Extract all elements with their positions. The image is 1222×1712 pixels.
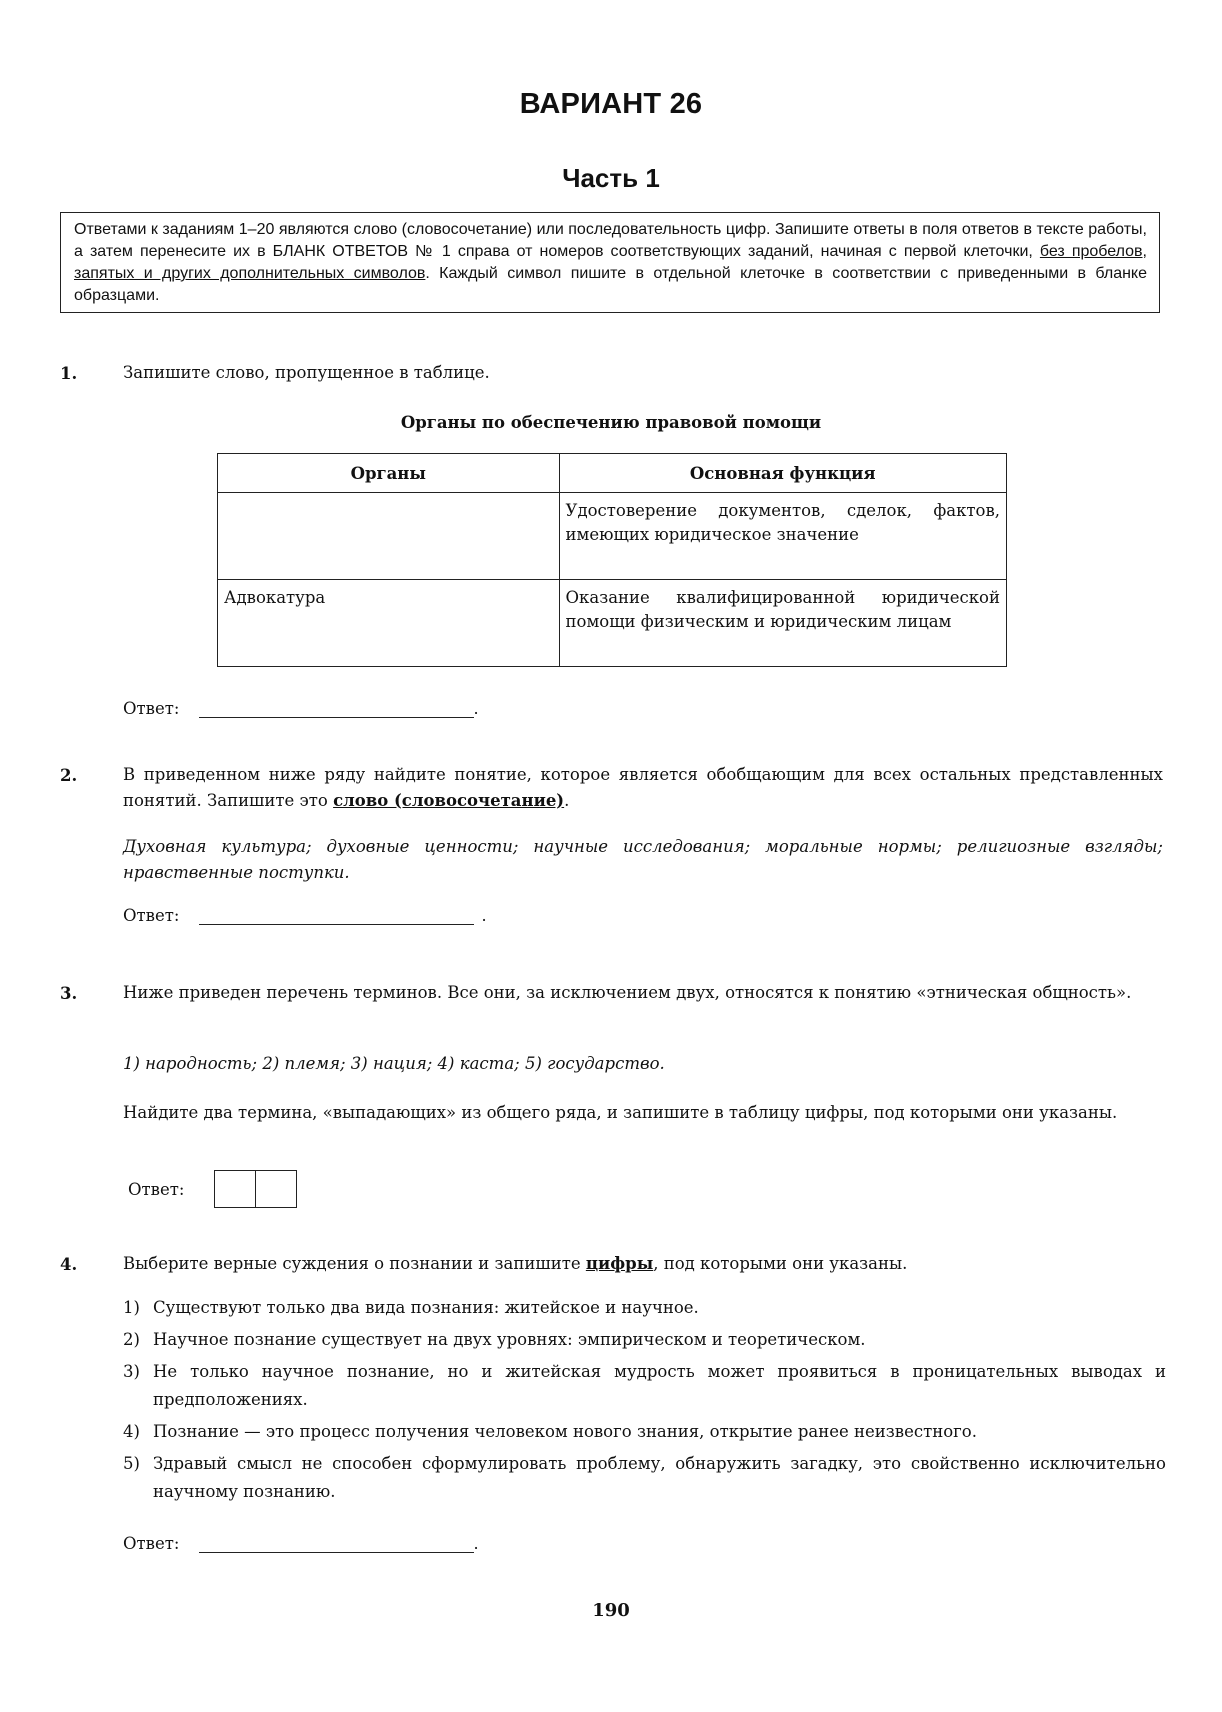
option-text: Существуют только два вида познания: жит… — [153, 1294, 1166, 1322]
option-text: Познание — это процесс получения человек… — [153, 1418, 1166, 1446]
table-cell-organ: Адвокатура — [218, 580, 560, 667]
page-number: 190 — [0, 1600, 1222, 1621]
question-4-number: 4. — [60, 1255, 77, 1274]
question-2-emphasis: слово (словосочетание) — [333, 791, 564, 810]
question-3-text: Ниже приведен перечень терминов. Все они… — [123, 980, 1163, 1006]
question-4-emphasis: цифры — [586, 1254, 653, 1273]
option-item: 3)Не только научное познание, но и житей… — [123, 1358, 1166, 1414]
answer-3-cells — [214, 1170, 297, 1208]
question-4-text: Выберите верные суждения о познании и за… — [123, 1251, 1163, 1277]
question-2-series: Духовная культура; духовные ценности; на… — [123, 834, 1163, 886]
question-2-text-end: . — [564, 791, 569, 810]
instructions-text: Ответами к заданиям 1–20 являются слово … — [74, 221, 1147, 260]
question-3-number: 3. — [60, 984, 77, 1003]
table-cell-missing-organ — [218, 493, 560, 580]
answer-1: Ответ: . — [123, 699, 479, 718]
table-row: Удостоверение документов, сделок, фактов… — [218, 493, 1007, 580]
instructions-box: Ответами к заданиям 1–20 являются слово … — [60, 212, 1160, 313]
table-cell-function: Оказание квалифицированной юридической п… — [559, 580, 1006, 667]
option-item: 2)Научное познание существует на двух ур… — [123, 1326, 1166, 1354]
question-2-text: В приведенном ниже ряду найдите понятие,… — [123, 762, 1163, 814]
table-row: Адвокатура Оказание квалифицированной юр… — [218, 580, 1007, 667]
answer-2-field[interactable] — [199, 906, 474, 925]
variant-title: ВАРИАНТ 26 — [0, 88, 1222, 121]
option-item: 1)Существуют только два вида познания: ж… — [123, 1294, 1166, 1322]
question-4-options: 1)Существуют только два вида познания: ж… — [123, 1294, 1166, 1506]
answer-3-cell-1[interactable] — [215, 1171, 255, 1207]
table-header-row: Органы Основная функция — [218, 454, 1007, 493]
answer-2: Ответ: . — [123, 906, 487, 925]
answer-4-field[interactable] — [199, 1534, 474, 1553]
question-3-terms: 1) народность; 2) племя; 3) нация; 4) ка… — [123, 1051, 665, 1077]
question-2-number: 2. — [60, 766, 77, 785]
answer-3-cell-2[interactable] — [255, 1171, 296, 1207]
part-title: Часть 1 — [0, 163, 1222, 194]
option-item: 5)Здравый смысл не способен сформулирова… — [123, 1450, 1166, 1506]
option-item: 4)Познание — это процесс получения челов… — [123, 1418, 1166, 1446]
option-number: 2) — [123, 1326, 153, 1354]
option-number: 4) — [123, 1418, 153, 1446]
question-1-text: Запишите слово, пропущенное в таблице. — [123, 360, 490, 386]
option-text: Научное познание существует на двух уров… — [153, 1326, 1166, 1354]
option-number: 1) — [123, 1294, 153, 1322]
table-caption: Органы по обеспечению правовой помощи — [0, 413, 1222, 432]
answer-3: Ответ: — [128, 1170, 297, 1208]
question-4-text-main: Выберите верные суждения о познании и за… — [123, 1254, 586, 1273]
table-header-function: Основная функция — [559, 454, 1006, 493]
answer-label: Ответ: — [123, 906, 179, 925]
table-cell-function: Удостоверение документов, сделок, фактов… — [559, 493, 1006, 580]
answer-label: Ответ: — [128, 1180, 184, 1199]
question-1-number: 1. — [60, 364, 77, 383]
table-header-organs: Органы — [218, 454, 560, 493]
option-text: Не только научное познание, но и житейск… — [153, 1358, 1166, 1414]
legal-aid-table: Органы Основная функция Удостоверение до… — [217, 453, 1007, 667]
answer-1-field[interactable] — [199, 699, 474, 718]
answer-label: Ответ: — [123, 699, 179, 718]
question-2-text-main: В приведенном ниже ряду найдите понятие,… — [123, 765, 1163, 810]
question-3-instruction: Найдите два термина, «выпадающих» из общ… — [123, 1100, 1163, 1126]
answer-4: Ответ: . — [123, 1534, 479, 1553]
option-number: 5) — [123, 1450, 153, 1506]
question-4-text-end: , под которыми они указаны. — [653, 1254, 907, 1273]
option-text: Здравый смысл не способен сформулировать… — [153, 1450, 1166, 1506]
answer-label: Ответ: — [123, 1534, 179, 1553]
option-number: 3) — [123, 1358, 153, 1414]
